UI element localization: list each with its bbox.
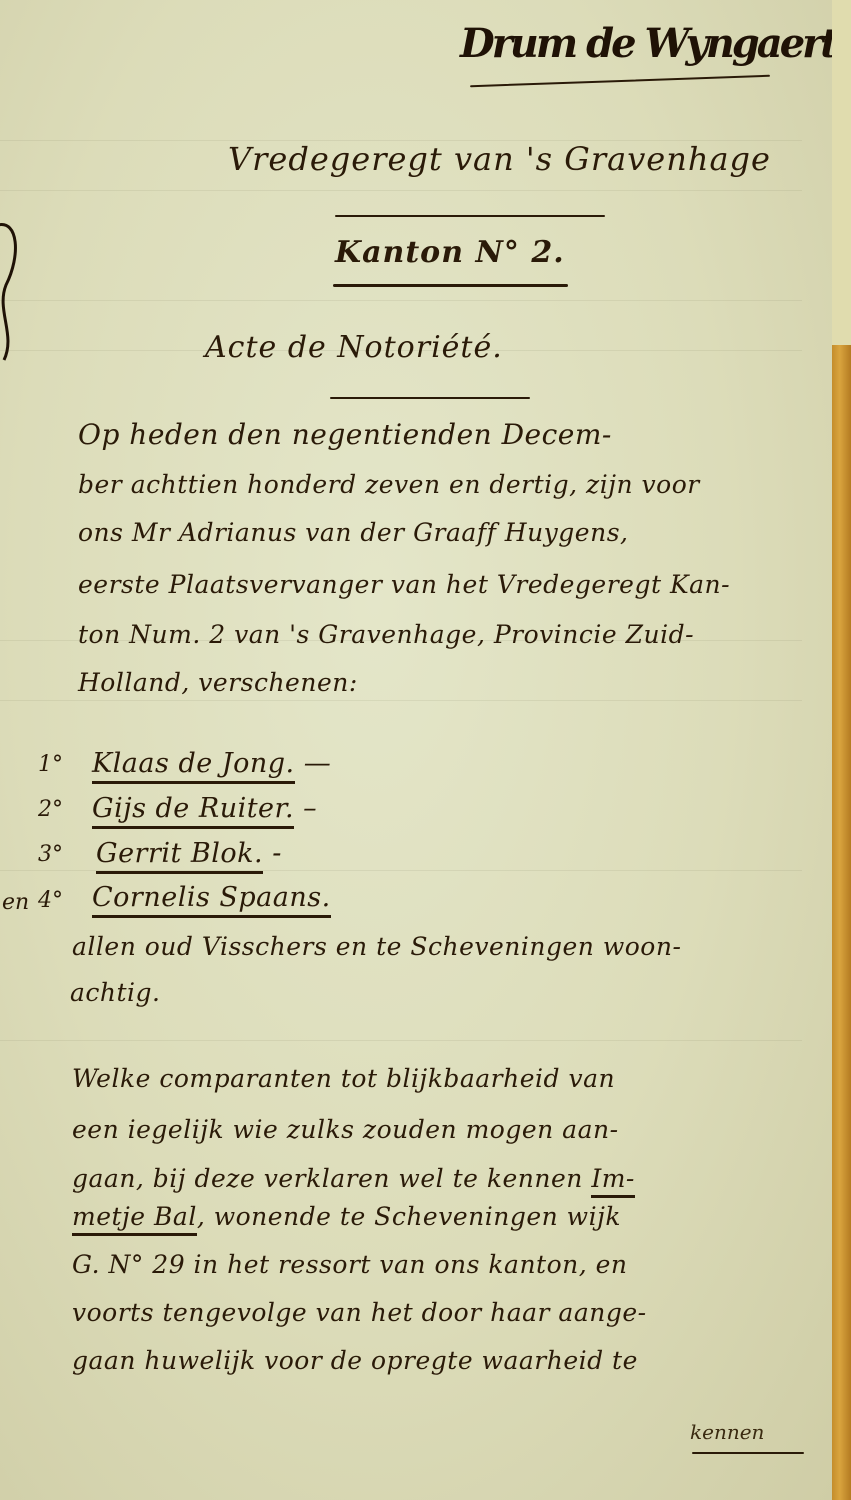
appearer-name: Gijs de Ruiter. xyxy=(92,793,294,829)
dash: - xyxy=(263,838,282,869)
binding-edge xyxy=(832,345,851,1500)
appearer-number: 3° xyxy=(38,842,63,867)
appearer-entry: Gerrit Blok. - xyxy=(96,838,282,869)
text-line: gaan, bij deze verklaren wel te kennen I… xyxy=(72,1164,635,1193)
signature-flourish xyxy=(470,75,770,87)
underlined-name: metje Bal xyxy=(72,1202,197,1236)
margin-flourish xyxy=(0,215,26,365)
appearer-name: Cornelis Spaans. xyxy=(92,882,331,918)
text-line: metje Bal, wonende te Scheveningen wijk xyxy=(72,1202,621,1231)
title-divider xyxy=(335,215,605,217)
text-segment: gaan, bij deze verklaren wel te kennen xyxy=(72,1164,591,1193)
text-segment: , wonende te Scheveningen wijk xyxy=(197,1202,621,1231)
text-line: eerste Plaatsvervanger van het Vredegere… xyxy=(78,570,730,599)
text-line: achtig. xyxy=(70,978,161,1007)
appearer-entry: Gijs de Ruiter. – xyxy=(92,793,317,824)
underlined-name: Im- xyxy=(591,1164,635,1198)
court-title: Vredegeregt van 's Gravenhage xyxy=(228,140,771,178)
text-line: Holland, verschenen: xyxy=(78,668,358,697)
text-line: ber achttien honderd zeven en dertig, zi… xyxy=(78,470,700,499)
manuscript-page: Drum de Wyngaert Vredegeregt van 's Grav… xyxy=(0,0,832,1500)
appearer-name: Gerrit Blok. xyxy=(96,838,263,874)
text-line: G. N° 29 in het ressort van ons kanton, … xyxy=(72,1250,628,1279)
appearer-prefix: en xyxy=(2,890,29,915)
text-line: voorts tengevolge van het door haar aang… xyxy=(72,1298,647,1327)
canton-underline xyxy=(333,284,568,287)
text-line: Welke comparanten tot blijkbaarheid van xyxy=(72,1064,615,1093)
appearer-number: 4° xyxy=(38,888,63,913)
appearer-number: 1° xyxy=(38,752,63,777)
act-title: Acte de Notoriété. xyxy=(205,330,503,365)
act-divider xyxy=(330,397,530,399)
adjacent-page-edge xyxy=(832,0,851,345)
canton-heading: Kanton N° 2. xyxy=(335,235,565,270)
catchword-underline xyxy=(692,1452,804,1454)
appearer-number: 2° xyxy=(38,797,63,822)
text-line: allen oud Visschers en te Scheveningen w… xyxy=(72,932,681,961)
appearer-name: Klaas de Jong. xyxy=(92,748,295,784)
signature: Drum de Wyngaert xyxy=(460,20,836,67)
text-line: ton Num. 2 van 's Gravenhage, Provincie … xyxy=(78,620,694,649)
text-line: een iegelijk wie zulks zouden mogen aan- xyxy=(72,1115,619,1144)
text-line: gaan huwelijk voor de opregte waarheid t… xyxy=(72,1346,638,1375)
catchword: kennen xyxy=(690,1420,764,1444)
text-line: ons Mr Adrianus van der Graaff Huygens, xyxy=(78,518,628,547)
appearer-entry: Klaas de Jong. — xyxy=(92,748,331,779)
dash: — xyxy=(295,748,332,779)
dash: – xyxy=(294,793,317,824)
appearer-entry: Cornelis Spaans. xyxy=(92,882,331,913)
text-line: Op heden den negentienden Decem- xyxy=(78,418,612,451)
